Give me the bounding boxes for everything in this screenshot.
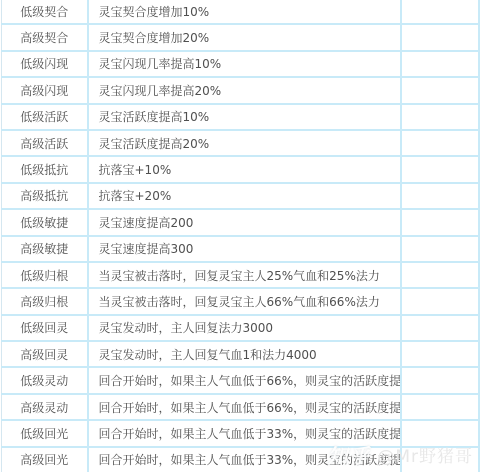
skill-desc-cell: 灵宝契合度增加20% (88, 24, 401, 50)
empty-cell (401, 130, 479, 156)
empty-cell (401, 447, 479, 472)
skill-desc-cell: 当灵宝被击落时，回复灵宝主人25%气血和25%法力 (88, 262, 401, 288)
table-row: 低级回光 回合开始时，如果主人气血低于33%，则灵宝的活跃度提升25% (2, 420, 479, 446)
table-row: 低级契合 灵宝契合度增加10% (2, 0, 479, 24)
empty-cell (401, 51, 479, 77)
skill-name-cell: 低级灵动 (2, 367, 88, 393)
pet-skill-table: 低级契合 灵宝契合度增加10% 高级契合 灵宝契合度增加20% 低级闪现 灵宝闪… (1, 0, 480, 472)
empty-cell (401, 156, 479, 182)
skill-desc-cell: 灵宝闪现几率提高10% (88, 51, 401, 77)
skill-desc-cell: 灵宝速度提高200 (88, 209, 401, 235)
empty-cell (401, 209, 479, 235)
empty-cell (401, 288, 479, 314)
skill-name-cell: 高级灵动 (2, 394, 88, 420)
table-row: 低级归根 当灵宝被击落时，回复灵宝主人25%气血和25%法力 (2, 262, 479, 288)
empty-cell (401, 420, 479, 446)
skill-name-cell: 低级抵抗 (2, 156, 88, 182)
table-row: 低级灵动 回合开始时，如果主人气血低于66%，则灵宝的活跃度提升15% (2, 367, 479, 393)
empty-cell (401, 394, 479, 420)
skill-desc-cell: 回合开始时，如果主人气血低于33%，则灵宝的活跃度提升25% (88, 420, 401, 446)
skill-desc-cell: 回合开始时，如果主人气血低于33%，则灵宝的活跃度提升50% (88, 447, 401, 472)
empty-cell (401, 183, 479, 209)
skill-name-cell: 高级归根 (2, 288, 88, 314)
skill-desc-cell: 灵宝活跃度提高10% (88, 104, 401, 130)
skill-desc-cell: 回合开始时，如果主人气血低于66%，则灵宝的活跃度提升30% (88, 394, 401, 420)
empty-cell (401, 0, 479, 24)
empty-cell (401, 236, 479, 262)
skill-name-cell: 低级活跃 (2, 104, 88, 130)
skill-name-cell: 高级闪现 (2, 77, 88, 103)
table-row: 低级抵抗 抗落宝+10% (2, 156, 479, 182)
skill-name-cell: 高级抵抗 (2, 183, 88, 209)
skill-desc-cell: 灵宝发动时，主人回复法力3000 (88, 315, 401, 341)
skill-desc-cell: 灵宝活跃度提高20% (88, 130, 401, 156)
skill-desc-cell: 抗落宝+10% (88, 156, 401, 182)
skill-name-cell: 高级契合 (2, 24, 88, 50)
empty-cell (401, 262, 479, 288)
skill-desc-cell: 灵宝发动时，主人回复气血1和法力4000 (88, 341, 401, 367)
table-row: 高级契合 灵宝契合度增加20% (2, 24, 479, 50)
skill-name-cell: 高级敏捷 (2, 236, 88, 262)
skill-name-cell: 高级活跃 (2, 130, 88, 156)
table-row: 高级抵抗 抗落宝+20% (2, 183, 479, 209)
skill-desc-cell: 抗落宝+20% (88, 183, 401, 209)
skill-name-cell: 高级回光 (2, 447, 88, 472)
table-row: 高级敏捷 灵宝速度提高300 (2, 236, 479, 262)
empty-cell (401, 104, 479, 130)
skill-name-cell: 低级归根 (2, 262, 88, 288)
table-row: 高级归根 当灵宝被击落时，回复灵宝主人66%气血和66%法力 (2, 288, 479, 314)
table-row: 高级回光 回合开始时，如果主人气血低于33%，则灵宝的活跃度提升50% (2, 447, 479, 472)
table-row: 高级活跃 灵宝活跃度提高20% (2, 130, 479, 156)
table-row: 高级灵动 回合开始时，如果主人气血低于66%，则灵宝的活跃度提升30% (2, 394, 479, 420)
skill-desc-cell: 灵宝闪现几率提高20% (88, 77, 401, 103)
skill-desc-cell: 灵宝速度提高300 (88, 236, 401, 262)
table-row: 高级闪现 灵宝闪现几率提高20% (2, 77, 479, 103)
table-row: 低级闪现 灵宝闪现几率提高10% (2, 51, 479, 77)
skill-name-cell: 低级回灵 (2, 315, 88, 341)
skill-desc-cell: 回合开始时，如果主人气血低于66%，则灵宝的活跃度提升15% (88, 367, 401, 393)
empty-cell (401, 24, 479, 50)
skill-desc-cell: 灵宝契合度增加10% (88, 0, 401, 24)
table-row: 高级回灵 灵宝发动时，主人回复气血1和法力4000 (2, 341, 479, 367)
empty-cell (401, 315, 479, 341)
empty-cell (401, 341, 479, 367)
table-row: 低级回灵 灵宝发动时，主人回复法力3000 (2, 315, 479, 341)
skill-name-cell: 低级契合 (2, 0, 88, 24)
table-row: 低级活跃 灵宝活跃度提高10% (2, 104, 479, 130)
skill-name-cell: 低级敏捷 (2, 209, 88, 235)
skill-name-cell: 高级回灵 (2, 341, 88, 367)
skill-table-screenshot: 低级契合 灵宝契合度增加10% 高级契合 灵宝契合度增加20% 低级闪现 灵宝闪… (0, 0, 480, 472)
skill-name-cell: 低级闪现 (2, 51, 88, 77)
empty-cell (401, 77, 479, 103)
skill-name-cell: 低级回光 (2, 420, 88, 446)
empty-cell (401, 367, 479, 393)
table-row: 低级敏捷 灵宝速度提高200 (2, 209, 479, 235)
skill-desc-cell: 当灵宝被击落时，回复灵宝主人66%气血和66%法力 (88, 288, 401, 314)
